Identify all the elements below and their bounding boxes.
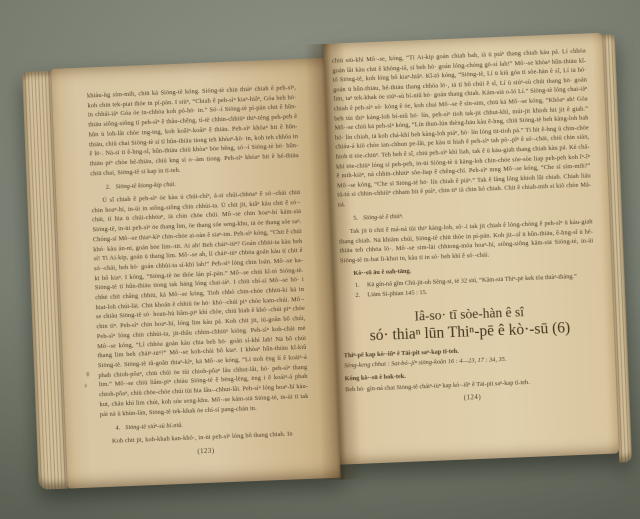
left-page: khiàu-ǹg sím-mih, chiū kā Siōng-tè kóng.…: [51, 58, 341, 489]
right-paragraph-1: chiū siū-khì Mô·-se, kóng, “Tī Ai-kip go…: [332, 46, 592, 210]
right-paragraph-2: Tak jit ū chit ê má-ná tùi thiⁿ kàng-loh…: [339, 217, 594, 266]
section-5-title: Siōng-tè ê thiàⁿ.: [363, 213, 404, 222]
book-photo-background: khiàu-ǹg sím-mih, chiū kā Siōng-tè kóng.…: [0, 0, 640, 519]
section-4-title: Siōng-tè siúⁿ-sù bí-niû.: [125, 422, 183, 431]
section-2-title: Siōng-tè kiong-kip chúi.: [115, 181, 176, 190]
section-2-number: 2.: [106, 183, 111, 190]
activity-2-text: Liām Si-phian 145 : 15.: [367, 289, 427, 298]
open-book: khiàu-ǹg sím-mih, chiū kā Siōng-tè kóng.…: [21, 32, 632, 491]
left-paragraph-2: Ū sî chiah ê peh-sìⁿ ōe kàu ū chúi-chíⁿ,…: [91, 188, 309, 419]
right-page: chiū siū-khì Mô·-se, kóng, “Tī Ai-kip go…: [323, 33, 619, 465]
activity-2-number: 2.: [355, 291, 360, 301]
paper-speckle: [85, 384, 87, 388]
story-title-block: Iâ-so· tī sòe-hàn ê sî só· thiaⁿ lūn Thi…: [342, 301, 597, 346]
section-5-number: 5.: [353, 215, 358, 222]
right-page-text-column: chiū siū-khì Mô·-se, kóng, “Tī Ai-kip go…: [332, 46, 600, 408]
paper-speckle: [86, 372, 89, 377]
section-4-number: 4.: [115, 424, 120, 431]
left-page-text-column: khiàu-ǹg sím-mih, chiū kā Siōng-tè kóng.…: [87, 83, 311, 460]
activity-1-number: 1.: [355, 280, 360, 290]
left-paragraph-1: khiàu-ǹg sím-mih, chiū kā Siōng-tè kóng.…: [87, 83, 299, 179]
